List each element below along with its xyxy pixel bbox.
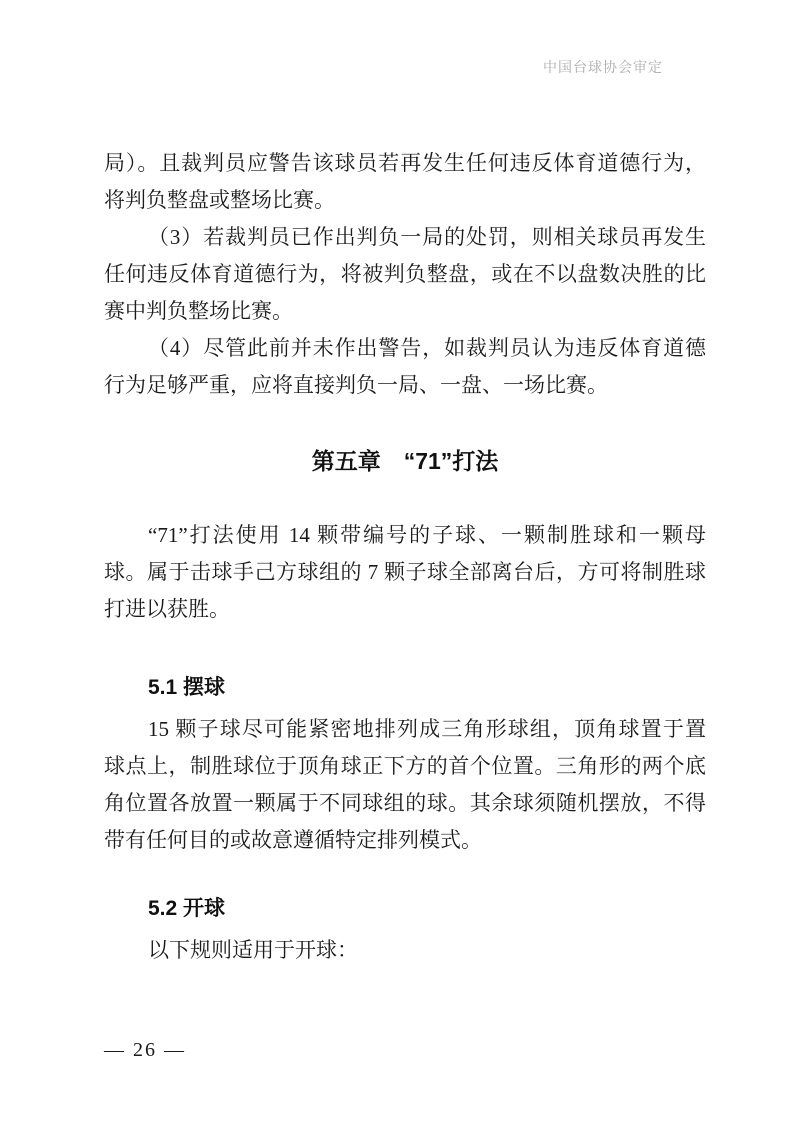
paragraph: 以下规则适用于开球： xyxy=(104,932,706,969)
text-line: （4）尽管此前并未作出警告，如裁判员认为违反体育道德 xyxy=(104,330,706,367)
text-line: 打进以获胜。 xyxy=(104,591,706,628)
page-number: — 26 — xyxy=(104,1039,186,1062)
text-line: 局）。且裁判员应警告该球员若再发生任何违反体育道德行为， xyxy=(104,145,706,182)
document-body: 局）。且裁判员应警告该球员若再发生任何违反体育道德行为，将判负整盘或整场比赛。（… xyxy=(104,145,706,969)
text-line: 带有任何目的或故意遵循特定排列模式。 xyxy=(104,822,706,859)
paragraph: 15 颗子球尽可能紧密地排列成三角形球组，顶角球置于置球点上，制胜球位于顶角球正… xyxy=(104,711,706,859)
document-page: 中国台球协会审定 局）。且裁判员应警告该球员若再发生任何违反体育道德行为，将判负… xyxy=(0,0,794,1123)
paragraph: （3）若裁判员已作出判负一局的处罚，则相关球员再发生任何违反体育道德行为，将被判… xyxy=(104,219,706,330)
text-line: 将判负整盘或整场比赛。 xyxy=(104,182,706,219)
text-line: 15 颗子球尽可能紧密地排列成三角形球组，顶角球置于置 xyxy=(104,711,706,748)
text-line: 球。属于击球手己方球组的 7 颗子球全部离台后，方可将制胜球 xyxy=(104,554,706,591)
text-line: 赛中判负整场比赛。 xyxy=(104,293,706,330)
paragraph: “71”打法使用 14 颗带编号的子球、一颗制胜球和一颗母球。属于击球手己方球组… xyxy=(104,517,706,628)
text-line: 以下规则适用于开球： xyxy=(104,932,706,969)
section-heading: 5.2 开球 xyxy=(104,890,706,927)
text-line: 行为足够严重，应将直接判负一局、一盘、一场比赛。 xyxy=(104,367,706,404)
chapter-heading: 第五章 “71”打法 xyxy=(104,443,706,480)
text-line: “71”打法使用 14 颗带编号的子球、一颗制胜球和一颗母 xyxy=(104,517,706,554)
section-heading: 5.1 摆球 xyxy=(104,669,706,706)
text-line: 角位置各放置一颗属于不同球组的球。其余球须随机摆放，不得 xyxy=(104,785,706,822)
text-line: （3）若裁判员已作出判负一局的处罚，则相关球员再发生 xyxy=(104,219,706,256)
text-line: 球点上，制胜球位于顶角球正下方的首个位置。三角形的两个底 xyxy=(104,748,706,785)
text-line: 任何违反体育道德行为，将被判负整盘，或在不以盘数决胜的比 xyxy=(104,256,706,293)
paragraph: （4）尽管此前并未作出警告，如裁判员认为违反体育道德行为足够严重，应将直接判负一… xyxy=(104,330,706,404)
paragraph: 局）。且裁判员应警告该球员若再发生任何违反体育道德行为，将判负整盘或整场比赛。 xyxy=(104,145,706,219)
header-approval-note: 中国台球协会审定 xyxy=(543,57,663,77)
